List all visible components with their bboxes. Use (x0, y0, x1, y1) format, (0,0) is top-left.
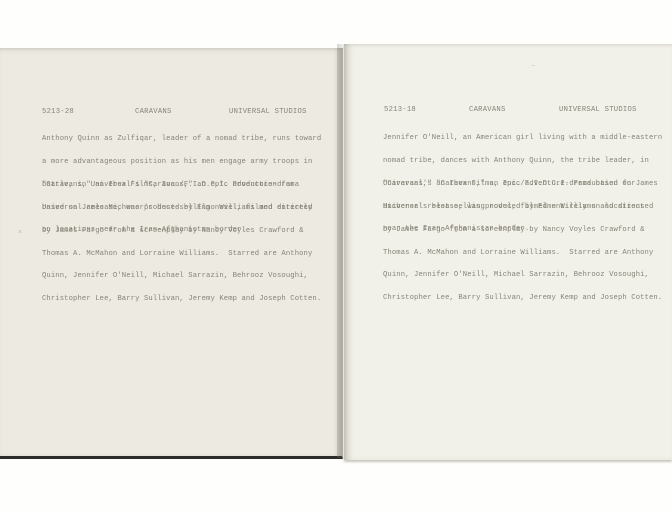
credit-line: Universal release, was produced by Elmo … (383, 204, 662, 212)
right-studio-name: UNIVERSAL STUDIOS (559, 106, 637, 114)
pencil-mark: × (18, 229, 22, 237)
caption-line: Jennifer O'Neill, an American girl livin… (383, 135, 662, 143)
left-credits-paragraph: "Caravans," an Ibex Films, Inc./F.I.D.C.… (42, 167, 321, 319)
left-page: 5213-28 CARAVANS UNIVERSAL STUDIOS Antho… (0, 48, 343, 459)
credit-line: "Caravans," an Ibex Films, Inc./F.I.D.C.… (42, 182, 321, 190)
left-photo-code: 5213-28 (42, 108, 74, 116)
credit-line: Quinn, Jennifer O'Neill, Michael Sarrazi… (42, 273, 321, 281)
caption-line: Anthony Quinn as Zulfiqar, leader of a n… (42, 136, 321, 144)
right-page: 5213-18 CARAVANS UNIVERSAL STUDIOS Jenni… (344, 44, 672, 460)
credit-line: Thomas A. McMahon and Lorraine Williams.… (42, 251, 321, 259)
right-film-title: CARAVANS (469, 106, 506, 114)
credit-line: by James Fargo from a screenplay by Nanc… (42, 228, 321, 236)
pencil-mark: ~ (531, 63, 535, 71)
credit-line: Christopher Lee, Barry Sullivan, Jeremy … (383, 295, 662, 303)
credit-line: Quinn, Jennifer O'Neill, Michael Sarrazi… (383, 272, 662, 280)
caption-line: nomad tribe, dances with Anthony Quinn, … (383, 158, 662, 166)
caption-line: a more advantageous position as his men … (42, 159, 321, 167)
photo-caption-scan: 5213-28 CARAVANS UNIVERSAL STUDIOS Antho… (0, 0, 672, 510)
credit-line: by James Fargo from a screenplay by Nanc… (383, 227, 662, 235)
credit-line: Universal release, was produced by Elmo … (42, 205, 321, 213)
credit-line: "Caravans," an Ibex Films, Inc./F.I.D.C.… (383, 181, 662, 189)
credit-line: Thomas A. McMahon and Lorraine Williams.… (383, 250, 662, 258)
right-photo-code: 5213-18 (384, 106, 416, 114)
left-film-title: CARAVANS (135, 108, 172, 116)
right-credits-paragraph: "Caravans," an Ibex Films, Inc./F.I.D.C.… (383, 166, 662, 318)
credit-line: Christopher Lee, Barry Sullivan, Jeremy … (42, 296, 321, 304)
left-studio-name: UNIVERSAL STUDIOS (229, 108, 307, 116)
